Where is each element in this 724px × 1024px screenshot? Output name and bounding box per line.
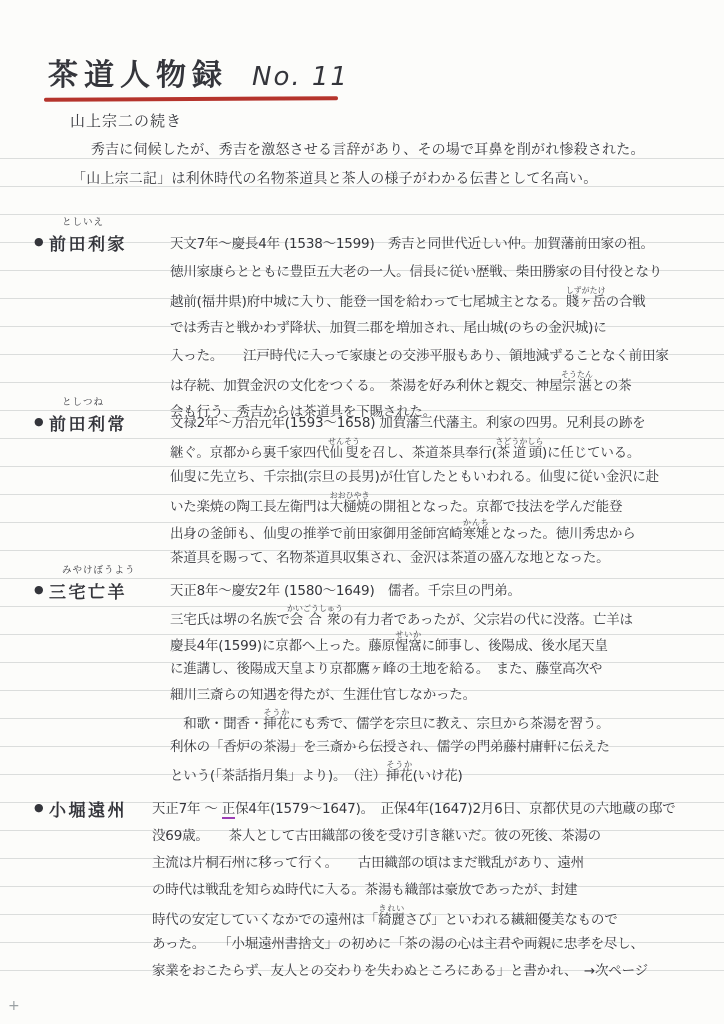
- person-section: ●としつね前田利常文禄2年～万治元年(1593～1658) 加賀藩三代藩主。利家…: [34, 410, 712, 572]
- furigana-annotated-word: 惺窩せいか: [395, 638, 422, 654]
- handwritten-line: 茶道具を賜って、名物茶道具収集され、金沢は茶道の盛んな地となった。: [170, 545, 712, 572]
- heading-furigana: みやけぼうよう: [62, 562, 136, 576]
- person-name: 前田利家: [49, 230, 127, 255]
- page-number-label: No. 11: [252, 62, 349, 92]
- bullet-icon: ●: [34, 415, 44, 428]
- heading-furigana: としつね: [62, 394, 104, 408]
- handwritten-line: は存続、加賀金沢の文化をつくる。 茶湯を好み利休と親交、神屋宗湛そうたんとの茶: [170, 370, 712, 398]
- furigana-annotated-word: 宗湛そうたん: [562, 378, 591, 394]
- furigana-annotated-word: 大樋焼おおひやき: [330, 499, 370, 515]
- handwritten-line: 家業をおこたらず、友人との交わりを失わぬところにある」と書かれ、 →次ページ: [152, 958, 712, 985]
- person-name: 三宅亡羊: [49, 578, 127, 603]
- handwritten-line: 慶長4年(1599)に京都へ上った。藤原惺窩せいかに師事し、後陽成、後水尾天皇: [170, 630, 712, 656]
- furigana-annotated-word: 会合衆かいごうしゅう: [290, 612, 341, 628]
- bullet-icon: ●: [34, 801, 44, 814]
- handwritten-line: 和歌・聞香・挿花そうかにも秀で、儒学を宗旦に教え、宗旦から茶湯を習う。: [170, 708, 712, 734]
- corner-registration-mark: +: [8, 998, 20, 1014]
- handwritten-line: 細川三斎らの知遇を得たが、生涯仕官しなかった。: [170, 682, 712, 708]
- page-title-text: 茶道人物録: [48, 58, 228, 93]
- handwritten-line: 時代の安定していくなかでの遠州は「綺麗きれいさび」といわれる繊細優美なもので: [152, 904, 712, 931]
- handwritten-line: 仙叟に先立ち、千宗拙(宗旦の長男)が仕官したともいわれる。仙叟に従い金沢に赴: [170, 464, 712, 491]
- furigana-annotated-word: 寒雉かんち: [463, 526, 490, 542]
- section-body: 天文7年～慶長4年 (1538～1599) 秀吉と同世代近しい仲。加賀藩前田家の…: [170, 230, 712, 426]
- handwritten-line: いた楽焼の陶工長左衛門は大樋焼おおひやきの開祖となった。京都で技法を学んだ能登: [170, 491, 712, 518]
- furigana-annotated-word: 挿花そうか: [263, 716, 290, 732]
- bullet-icon: ●: [34, 235, 44, 248]
- handwritten-line: 天正7年 ～ 正保4年(1579～1647)。 正保4年(1647)2月6日、京…: [152, 796, 712, 823]
- person-name: 前田利常: [49, 410, 127, 435]
- handwritten-line: 継ぐ。京都から裏千家四代仙叟せんそうを召し、茶道茶具奉行(茶道頭さどうかしら)に…: [170, 437, 712, 464]
- section-body: 天正8年～慶安2年 (1580～1649) 儒者。千宗旦の門弟。三宅氏は堺の名族…: [170, 578, 712, 786]
- intro-paragraph: 秀吉に伺候したが、秀吉を激怒させる言辞があり、その場で耳鼻を削がれ惨殺された。 …: [72, 136, 645, 194]
- handwritten-line: 越前(福井県)府中城に入り、能登一国を給わって七尾城主となる。賤ヶ岳しずがたけの…: [170, 286, 712, 314]
- intro-heading: 山上宗二の続き: [70, 110, 182, 131]
- person-section: ●小堀遠州天正7年 ～ 正保4年(1579～1647)。 正保4年(1647)2…: [34, 796, 712, 985]
- handwritten-line: 入った。 江戸時代に入って家康との交渉平服もあり、領地減ずることなく前田家: [170, 342, 712, 370]
- handwritten-line: 没69歳。 茶人として古田織部の後を受け引き継いだ。彼の死後、茶湯の: [152, 823, 712, 850]
- person-name: 小堀遠州: [49, 796, 127, 821]
- bullet-icon: ●: [34, 583, 44, 596]
- title-underline: [44, 96, 338, 102]
- handwritten-line: 天正8年～慶安2年 (1580～1649) 儒者。千宗旦の門弟。: [170, 578, 712, 604]
- section-body: 文禄2年～万治元年(1593～1658) 加賀藩三代藩主。利家の四男。兄利長の跡…: [170, 410, 712, 572]
- person-section: ●みやけぼうよう三宅亡羊天正8年～慶安2年 (1580～1649) 儒者。千宗旦…: [34, 578, 712, 786]
- furigana-annotated-word: 仙叟せんそう: [329, 445, 358, 461]
- handwritten-line: 文禄2年～万治元年(1593～1658) 加賀藩三代藩主。利家の四男。兄利長の跡…: [170, 410, 712, 437]
- section-body: 天正7年 ～ 正保4年(1579～1647)。 正保4年(1647)2月6日、京…: [152, 796, 712, 985]
- page-title: 茶道人物録No. 11: [48, 50, 349, 94]
- handwritten-line: の時代は戦乱を知らぬ時代に入る。茶湯も織部は豪放であったが、封建: [152, 877, 712, 904]
- heading-furigana: としいえ: [62, 214, 104, 228]
- furigana-annotated-word: 賤ヶ岳しずがたけ: [566, 294, 606, 310]
- furigana-annotated-word: 挿花そうか: [386, 768, 413, 784]
- handwritten-line: という(「茶話指月集」より)。 （注）挿花そうか(いけ花): [170, 760, 712, 786]
- furigana-annotated-word: 綺麗きれい: [378, 912, 405, 928]
- handwritten-line: に進講し、後陽成天皇より京都鷹ヶ峰の土地を給る。 また、藤堂高次や: [170, 656, 712, 682]
- handwritten-line: 徳川家康らとともに豊臣五大老の一人。信長に従い歴戦、柴田勝家の目付役となり: [170, 258, 712, 286]
- person-section: ●としいえ前田利家天文7年～慶長4年 (1538～1599) 秀吉と同世代近しい…: [34, 230, 712, 426]
- handwritten-line: 出身の釜師も、仙叟の推挙で前田家御用釜師宮崎寒雉かんちとなった。徳川秀忠から: [170, 518, 712, 545]
- handwritten-line: 主流は片桐石州に移って行く。 古田織部の頃はまだ戦乱があり、遠州: [152, 850, 712, 877]
- handwritten-line: 天文7年～慶長4年 (1538～1599) 秀吉と同世代近しい仲。加賀藩前田家の…: [170, 230, 712, 258]
- furigana-annotated-word: 茶道頭さどうかしら: [497, 445, 542, 461]
- handwritten-line: あった。 「小堀遠州書捨文」の初めに「茶の湯の心は主君や両親に忠孝を尽し、: [152, 931, 712, 958]
- handwritten-line: 利休の「香炉の茶湯」を三斎から伝授され、儒学の門弟藤村庸軒に伝えた: [170, 734, 712, 760]
- accent-underlined-text: 正: [222, 801, 235, 819]
- handwritten-line: では秀吉と戦かわず降状、加賀二郡を増加され、尾山城(のちの金沢城)に: [170, 314, 712, 342]
- handwritten-line: 三宅氏は堺の名族で会合衆かいごうしゅうの有力者であったが、父宗岩の代に没落。亡羊…: [170, 604, 712, 630]
